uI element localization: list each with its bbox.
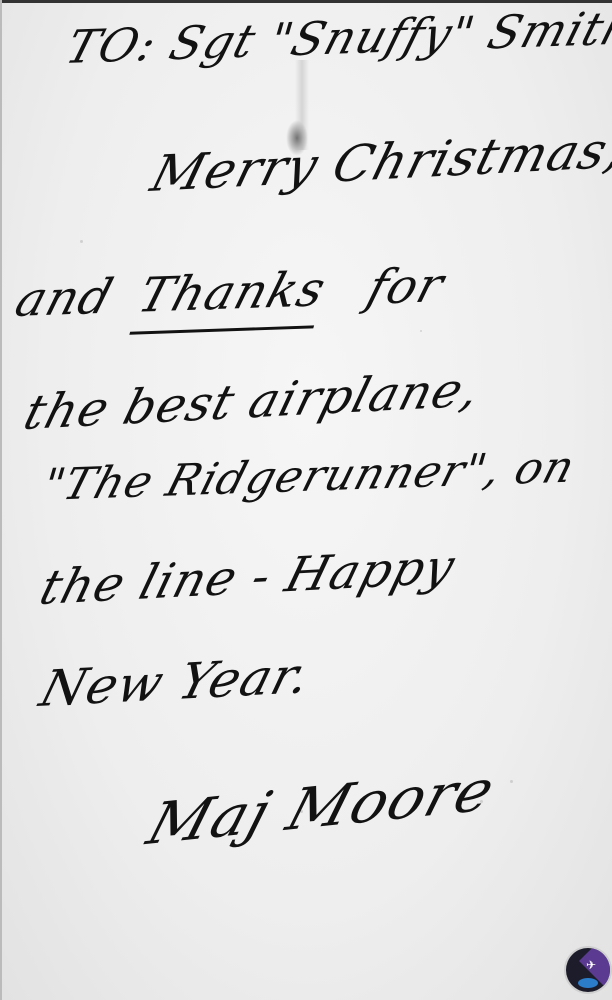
- emblem-globe: [578, 978, 598, 988]
- new-year-line: New Year.: [34, 646, 317, 718]
- addressee-line: TO: Sgt "Snuffy" Smith: [60, 0, 612, 74]
- thanks-underlined-word: Thanks: [129, 261, 333, 334]
- paper-speck: [80, 240, 83, 243]
- paper-left-edge: [0, 0, 2, 1000]
- signature: Maj Moore: [140, 756, 503, 858]
- squadron-emblem-icon: ✈: [566, 948, 610, 992]
- handwritten-note: TO: Sgt "Snuffy" Smith Merry Christmas, …: [0, 0, 612, 1000]
- happy-line: the line - Happy: [34, 539, 461, 616]
- emblem-bird-glyph: ✈: [586, 958, 596, 972]
- paper-speck: [420, 330, 422, 332]
- thanks-line: and Thanks for: [6, 257, 451, 339]
- ridgerunner-line: "The Ridgerunner", on: [36, 442, 581, 511]
- greeting-line: Merry Christmas,: [145, 121, 612, 203]
- and-word: and: [9, 269, 119, 328]
- for-word: for: [361, 257, 451, 315]
- paper-top-edge: [0, 0, 612, 3]
- airplane-line: the best airplane,: [18, 362, 487, 441]
- paper-speck: [510, 780, 513, 783]
